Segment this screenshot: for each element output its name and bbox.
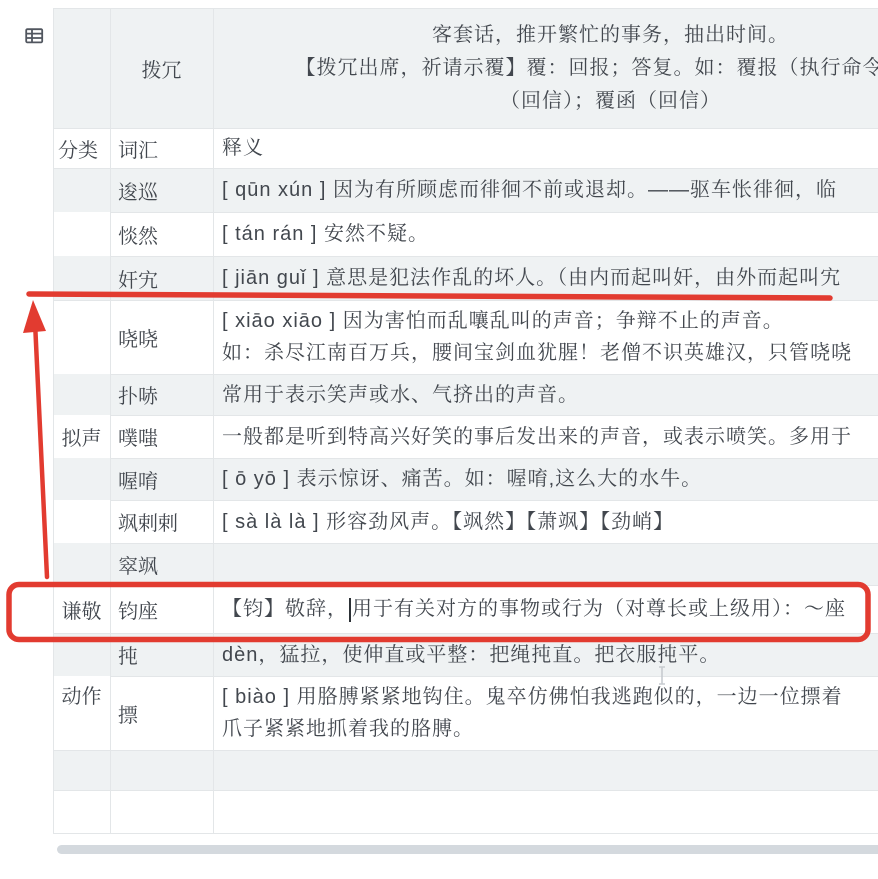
word-text: 钧座 (118, 595, 158, 624)
column-header-text: 词汇 (118, 134, 158, 163)
category-cell[interactable]: 谦敬 (53, 585, 110, 633)
table-row: 惔然 [ tán rán ] 安然不疑。 (53, 212, 878, 256)
table-border-line (53, 8, 54, 833)
table-row: 哓哓 [ xiāo xiāo ] 因为害怕而乱嚷乱叫的声音；争辩不止的声音。 如… (53, 300, 878, 374)
definition-cell[interactable] (213, 750, 878, 790)
table-row: 拟声 噗嗤 一般都是听到特高兴好笑的事后发出来的声音，或表示喷笑。多用于 (53, 415, 878, 458)
table-row: 飒剌剌 [ sà là là ] 形容劲风声。【飒然】【萧飒】【劲峭】 (53, 500, 878, 543)
table-row: 扽 dèn，猛拉，使伸直或平整：把绳扽直。把衣服扽平。 (53, 633, 878, 676)
table-border-line (53, 790, 878, 791)
word-cell[interactable]: 噗嗤 (110, 415, 213, 458)
definition-text-after-caret: 用于有关对方的事物或行为（对尊长或上级用）：～座 (352, 598, 846, 620)
word-cell[interactable]: 哓哓 (110, 300, 213, 374)
category-cell[interactable] (53, 633, 110, 676)
category-text: 动作 (62, 680, 102, 709)
column-header-category[interactable]: 分类 (53, 128, 110, 168)
word-text: 拨冗 (142, 54, 182, 83)
word-text: 惔然 (118, 220, 158, 249)
table-border-line (110, 8, 111, 833)
table-row: 拨冗 客套话，推开繁忙的事务，抽出时间。 【拨冗出席，祈请示覆】覆：回报；答复。… (53, 8, 878, 128)
definition-line: 【拨冗出席，祈请示覆】覆：回报；答复。如：覆报（执行命令后回 (213, 52, 878, 85)
category-cell[interactable] (53, 168, 110, 212)
word-cell[interactable]: 扽 (110, 633, 213, 676)
word-cell[interactable]: 惔然 (110, 212, 213, 256)
table-border-line (53, 8, 878, 9)
table-border-line (110, 415, 878, 416)
category-cell[interactable] (53, 790, 110, 833)
word-cell[interactable]: 钧座 (110, 585, 213, 633)
word-cell[interactable]: 扑哧 (110, 374, 213, 415)
table-row: 喔唷 [ ō yō ] 表示惊讶、痛苦。如：喔唷,这么大的水牛。 (53, 458, 878, 500)
word-text: 摽 (118, 699, 138, 728)
word-text: 窣飒 (118, 550, 158, 579)
word-cell[interactable]: 喔唷 (110, 458, 213, 500)
table-row: 奸宄 [ jiān guǐ ] 意思是犯法作乱的坏人。（由内而起叫奸，由外而起叫… (53, 256, 878, 300)
table-border-line (53, 833, 878, 834)
table-border-line (110, 543, 878, 544)
text-caret (349, 598, 351, 622)
category-cell[interactable] (53, 374, 110, 415)
category-cell[interactable] (53, 8, 110, 128)
definition-cell[interactable]: [ biào ] 用胳膊紧紧地钩住。鬼卒仿佛怕我逃跑似的，一边一位摽着 爪子紧紧… (213, 676, 878, 750)
column-header-definition[interactable]: 释义 (213, 128, 878, 168)
category-cell[interactable]: 拟声 (53, 415, 110, 458)
definition-line: [ xiāo xiāo ] 因为害怕而乱嚷乱叫的声音；争辩不止的声音。 (222, 305, 878, 337)
table-row: 逡巡 [ qūn xún ] 因为有所顾虑而徘徊不前或退却。——驱车怅徘徊，临 (53, 168, 878, 212)
table-row-empty (53, 790, 878, 833)
definition-cell[interactable]: 客套话，推开繁忙的事务，抽出时间。 【拨冗出席，祈请示覆】覆：回报；答复。如：覆… (213, 8, 878, 128)
table-row: 谦敬 钧座 【钧】敬辞，用于有关对方的事物或行为（对尊长或上级用）：～座 (53, 585, 878, 633)
category-cell[interactable] (53, 212, 110, 256)
category-cell[interactable] (53, 750, 110, 790)
table-row: 扑哧 常用于表示笑声或水、气挤出的声音。 (53, 374, 878, 415)
definition-cell[interactable]: dèn，猛拉，使伸直或平整：把绳扽直。把衣服扽平。 (213, 633, 878, 676)
word-cell[interactable] (110, 750, 213, 790)
definition-line: 一般都是听到特高兴好笑的事后发出来的声音，或表示喷笑。多用于 (222, 421, 878, 453)
definition-line: [ sà là là ] 形容劲风声。【飒然】【萧飒】【劲峭】 (222, 506, 878, 538)
column-header-text: 分类 (58, 134, 98, 163)
table-header-row: 分类 词汇 释义 (53, 128, 878, 168)
table-border-line (53, 585, 878, 586)
word-text: 奸宄 (118, 264, 158, 293)
definition-cell[interactable]: [ tán rán ] 安然不疑。 (213, 212, 878, 256)
definition-cell[interactable]: [ qūn xún ] 因为有所顾虑而徘徊不前或退却。——驱车怅徘徊，临 (213, 168, 878, 212)
definition-line: [ tán rán ] 安然不疑。 (222, 218, 878, 250)
table-border-line (53, 128, 878, 129)
category-text: 谦敬 (62, 595, 102, 624)
definition-line: 爪子紧紧地抓着我的胳膊。 (222, 713, 878, 745)
definition-cell[interactable]: [ jiān guǐ ] 意思是犯法作乱的坏人。（由内而起叫奸，由外而起叫宄 (213, 256, 878, 300)
definition-cell-editing[interactable]: 【钧】敬辞，用于有关对方的事物或行为（对尊长或上级用）：～座 (213, 585, 878, 633)
category-cell[interactable]: 动作 (53, 676, 110, 750)
word-cell[interactable]: 飒剌剌 (110, 500, 213, 543)
table-border-line (110, 256, 878, 257)
table-border-line (53, 300, 878, 301)
word-cell[interactable]: 逡巡 (110, 168, 213, 212)
word-text: 飒剌剌 (118, 507, 178, 536)
horizontal-scrollbar[interactable] (57, 845, 878, 854)
definition-line: [ jiān guǐ ] 意思是犯法作乱的坏人。（由内而起叫奸，由外而起叫宄 (222, 262, 878, 294)
definition-line: 客套话，推开繁忙的事务，抽出时间。 (213, 19, 878, 52)
definition-line: [ ō yō ] 表示惊讶、痛苦。如：喔唷,这么大的水牛。 (222, 463, 878, 495)
word-text: 喔唷 (118, 465, 158, 494)
definition-text-before-caret: 【钧】敬辞， (222, 598, 348, 620)
column-header-text: 释义 (222, 132, 878, 164)
table-border-line (110, 212, 878, 213)
document-page: 拨冗 客套话，推开繁忙的事务，抽出时间。 【拨冗出席，祈请示覆】覆：回报；答复。… (0, 0, 878, 879)
definition-line: （回信）；覆函（回信） (213, 85, 878, 118)
ibeam-cursor-icon (655, 665, 669, 692)
category-cell[interactable] (53, 458, 110, 500)
word-text: 扑哧 (118, 380, 158, 409)
definition-line: [ biào ] 用胳膊紧紧地钩住。鬼卒仿佛怕我逃跑似的，一边一位摽着 (222, 681, 878, 713)
table-border-line (213, 8, 214, 833)
definition-cell[interactable]: [ sà là là ] 形容劲风声。【飒然】【萧飒】【劲峭】 (213, 500, 878, 543)
definition-line: [ qūn xún ] 因为有所顾虑而徘徊不前或退却。——驱车怅徘徊，临 (222, 174, 878, 206)
table-row-empty (53, 750, 878, 790)
table-border-line (53, 168, 878, 169)
definition-cell[interactable]: [ xiāo xiāo ] 因为害怕而乱嚷乱叫的声音；争辩不止的声音。 如：杀尽… (213, 300, 878, 374)
table-border-line (110, 500, 878, 501)
table-border-line (110, 374, 878, 375)
word-cell[interactable]: 拨冗 (110, 8, 213, 128)
definition-cell[interactable]: 常用于表示笑声或水、气挤出的声音。 (213, 374, 878, 415)
column-header-word[interactable]: 词汇 (110, 128, 213, 168)
category-cell[interactable] (53, 543, 110, 585)
category-text: 拟声 (62, 422, 102, 451)
word-text: 哓哓 (118, 323, 158, 352)
red-arrow-annotation (23, 300, 47, 577)
word-text: 逡巡 (118, 176, 158, 205)
table-grid-icon[interactable] (25, 26, 44, 50)
category-cell[interactable] (53, 300, 110, 374)
definition-cell[interactable] (213, 790, 878, 833)
word-text: 噗嗤 (118, 422, 158, 451)
table-border-line (110, 458, 878, 459)
definition-line: 如：杀尽江南百万兵，腰间宝剑血犹腥！老僧不识英雄汉，只管哓哓 (222, 337, 878, 369)
word-cell[interactable] (110, 790, 213, 833)
definition-cell[interactable]: [ ō yō ] 表示惊讶、痛苦。如：喔唷,这么大的水牛。 (213, 458, 878, 500)
word-cell[interactable]: 奸宄 (110, 256, 213, 300)
category-cell[interactable] (53, 256, 110, 300)
word-text: 扽 (118, 640, 138, 669)
definition-line: 常用于表示笑声或水、气挤出的声音。 (222, 379, 878, 411)
definition-cell[interactable] (213, 543, 878, 585)
table-row: 窣飒 (53, 543, 878, 585)
category-cell[interactable] (53, 500, 110, 543)
word-cell[interactable]: 窣飒 (110, 543, 213, 585)
table-border-line (110, 676, 878, 677)
table-border-line (53, 633, 878, 634)
word-cell[interactable]: 摽 (110, 676, 213, 750)
table-row: 动作 摽 [ biào ] 用胳膊紧紧地钩住。鬼卒仿佛怕我逃跑似的，一边一位摽着… (53, 676, 878, 750)
definition-cell[interactable]: 一般都是听到特高兴好笑的事后发出来的声音，或表示喷笑。多用于 (213, 415, 878, 458)
definition-line: dèn，猛拉，使伸直或平整：把绳扽直。把衣服扽平。 (222, 639, 878, 671)
table-border-line (53, 750, 878, 751)
